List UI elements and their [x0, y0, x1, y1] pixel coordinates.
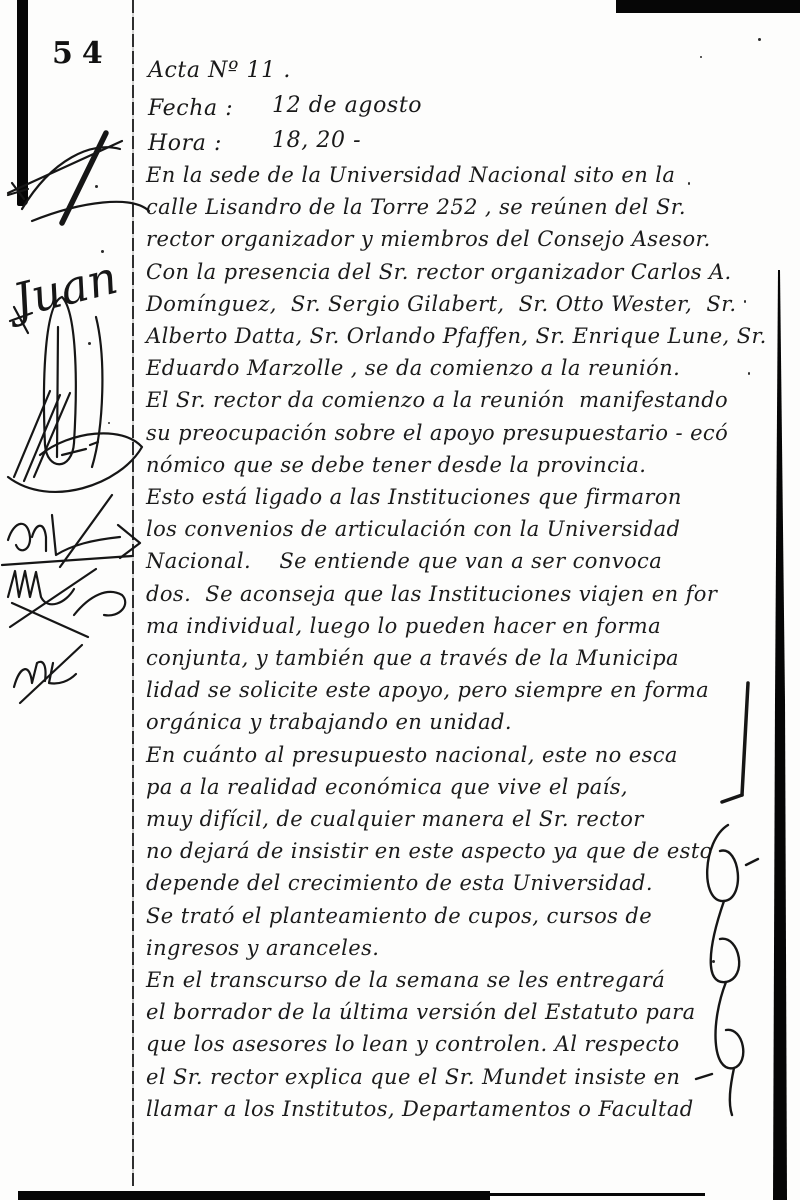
signature-overlap — [8, 569, 125, 637]
signature-underlined — [2, 495, 140, 567]
scanned-page: 54 Acta Nº 11 . Fecha : 12 de agosto Hor… — [0, 0, 800, 1200]
manuscript-line: los convenios de articulación con la Uni… — [146, 513, 786, 545]
manuscript-line: ma individual, luego lo pueden hacer en … — [146, 610, 786, 642]
manuscript-line: dos. Se aconseja que las Instituciones v… — [146, 578, 786, 610]
signature-flourish-cross — [8, 133, 149, 223]
manuscript-line: Con la presencia del Sr. rector organiza… — [146, 256, 786, 288]
scan-speck — [688, 182, 690, 185]
scan-speck — [95, 185, 98, 188]
scan-artifact-top-bar — [616, 0, 800, 13]
manuscript-line: rector organizador y miembros del Consej… — [146, 223, 786, 255]
signature-small — [14, 645, 82, 703]
page-number: 54 — [52, 36, 112, 71]
margin-tick-mark — [722, 683, 748, 802]
scan-speck — [88, 342, 91, 345]
manuscript-line: En la sede de la Universidad Nacional si… — [146, 159, 786, 191]
fecha-value: 12 de agosto — [272, 93, 422, 118]
manuscript-line: Nacional. Se entiende que van a ser conv… — [146, 545, 786, 577]
manuscript-line: Domínguez, Sr. Sergio Gilabert, Sr. Otto… — [146, 288, 786, 320]
vertical-signature-loops — [696, 825, 758, 1115]
hora-value: 18, 20 - — [272, 128, 361, 153]
scan-speck — [758, 38, 761, 41]
scan-speck — [712, 960, 715, 963]
scan-artifact-bottom-bar — [18, 1191, 490, 1200]
scan-artifact-bottom-line — [490, 1193, 705, 1196]
manuscript-line: su preocupación sobre el apoyo presupues… — [146, 417, 786, 449]
scan-speck — [700, 56, 702, 58]
manuscript-line: El Sr. rector da comienzo a la reunión m… — [146, 384, 786, 416]
scan-speck — [748, 372, 750, 375]
manuscript-line: Eduardo Marzolle , se da comienzo a la r… — [146, 352, 786, 384]
acta-title: Acta Nº 11 . — [148, 58, 291, 83]
scan-speck — [108, 422, 110, 424]
fecha-label: Fecha : — [148, 96, 233, 121]
scan-speck — [101, 250, 104, 253]
manuscript-line: Esto está ligado a las Instituciones que… — [146, 481, 786, 513]
left-margin-signatures: Juan — [0, 125, 152, 725]
hora-label: Hora : — [148, 131, 222, 156]
manuscript-line: calle Lisandro de la Torre 252 , se reún… — [146, 191, 786, 223]
right-margin-scribble — [688, 655, 774, 1130]
scan-speck — [744, 300, 746, 303]
manuscript-line: nómico que se debe tener desde la provin… — [146, 449, 786, 481]
manuscript-line: Alberto Datta, Sr. Orlando Pfaffen, Sr. … — [146, 320, 786, 352]
